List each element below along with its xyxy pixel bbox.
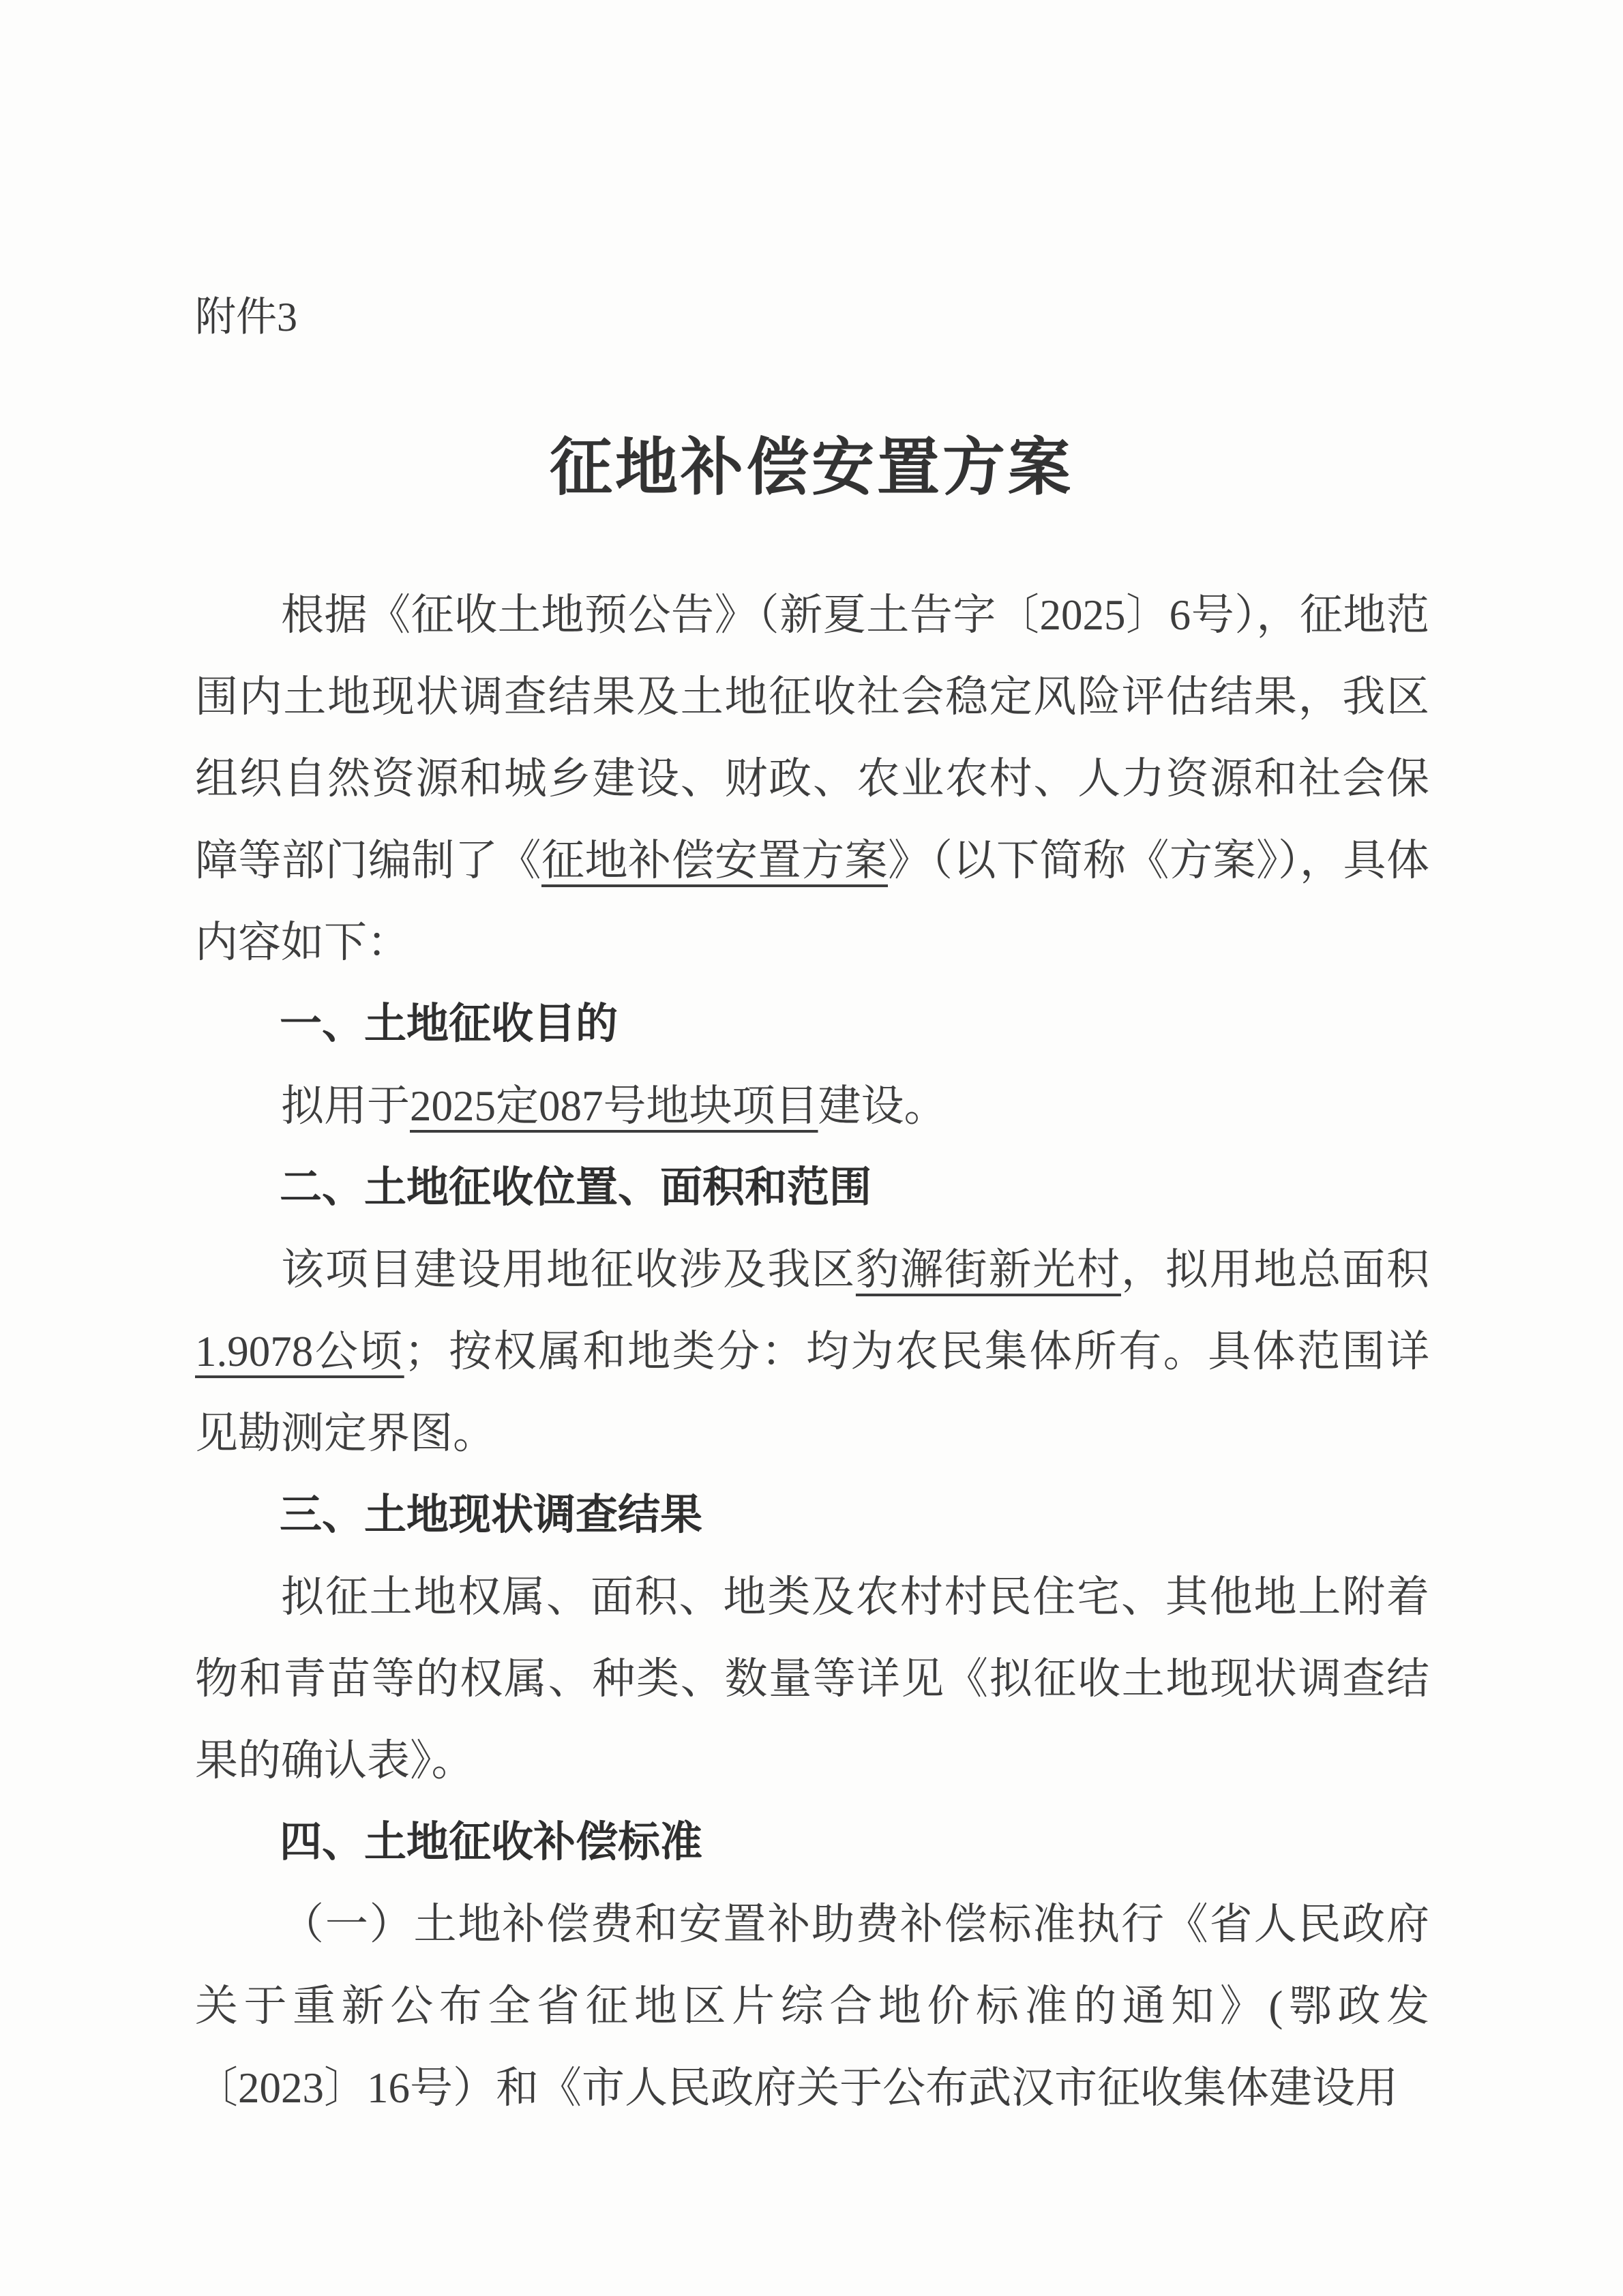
section-2-text-mid: ，拟用地总面积 bbox=[1121, 1246, 1429, 1294]
section-2-paragraph: 该项目建设用地征收涉及我区豹澥街新光村，拟用地总面积1.9078公顷；按权属和地… bbox=[195, 1229, 1429, 1474]
section-3-text: 拟征土地权属、面积、地类及农村村民住宅、其他地上附着物和青苗等的权属、种类、数量… bbox=[195, 1573, 1429, 1785]
section-1-text: 拟用于 bbox=[281, 1082, 410, 1130]
section-2-text: 该项目建设用地征收涉及我区 bbox=[281, 1246, 856, 1294]
section-2-underlined-village: 豹澥街新光村 bbox=[856, 1246, 1121, 1294]
section-1-text-tail: 建设。 bbox=[818, 1082, 947, 1130]
section-1-underlined-project: 2025定087号地块项目 bbox=[410, 1082, 818, 1130]
section-1-heading: 一、土地征收目的 bbox=[195, 983, 1429, 1065]
section-4-text: （一）土地补偿费和安置补助费补偿标准执行《省人民政府关于重新公布全省征地区片综合… bbox=[195, 1900, 1429, 2112]
section-4-paragraph: （一）土地补偿费和安置补助费补偿标准执行《省人民政府关于重新公布全省征地区片综合… bbox=[195, 1883, 1429, 2129]
document-body: 根据《征收土地预公告》（新夏土告字〔2025〕6号），征地范围内土地现状调查结果… bbox=[195, 574, 1429, 2129]
section-1-paragraph: 拟用于2025定087号地块项目建设。 bbox=[195, 1065, 1429, 1147]
intro-paragraph: 根据《征收土地预公告》（新夏土告字〔2025〕6号），征地范围内土地现状调查结果… bbox=[195, 574, 1429, 983]
document-title: 征地补偿安置方案 bbox=[0, 417, 1623, 507]
intro-underlined-plan-name: 征地补偿安置方案 bbox=[541, 837, 888, 884]
section-4-heading: 四、土地征收补偿标准 bbox=[195, 1802, 1429, 1883]
scanned-document-page: 附件3 征地补偿安置方案 根据《征收土地预公告》（新夏土告字〔2025〕6号），… bbox=[0, 0, 1623, 2296]
section-3-paragraph: 拟征土地权属、面积、地类及农村村民住宅、其他地上附着物和青苗等的权属、种类、数量… bbox=[195, 1556, 1429, 1802]
section-2-heading: 二、土地征收位置、面积和范围 bbox=[195, 1147, 1429, 1229]
section-2-underlined-area: 1.9078公顷 bbox=[195, 1328, 404, 1375]
section-3-heading: 三、土地现状调查结果 bbox=[195, 1474, 1429, 1556]
attachment-label: 附件3 bbox=[195, 292, 297, 342]
